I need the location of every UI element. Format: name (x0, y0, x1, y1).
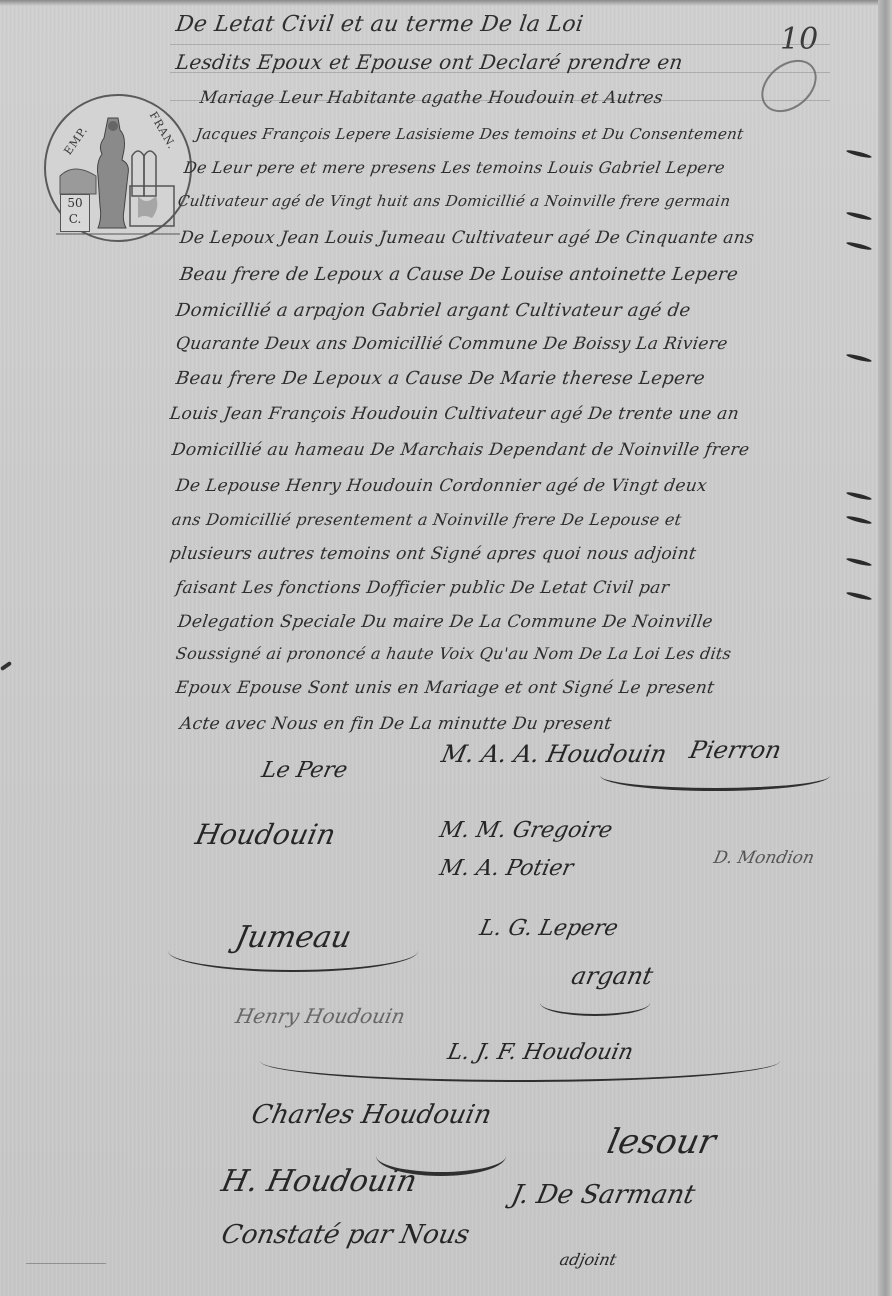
footer-dash (26, 1263, 106, 1264)
signature-lepere: Le Pere (259, 758, 349, 783)
body-line-20: Epoux Epouse Sont unis en Mariage et ont… (175, 678, 716, 698)
line-filler-dash (846, 515, 872, 525)
signature-adjoint-label: adjoint (558, 1250, 618, 1269)
line-filler-dash (846, 211, 872, 221)
body-line-10: Quarante Deux ans Domicillié Commune De … (175, 334, 729, 354)
body-line-14: De Lepouse Henry Houdouin Cordonnier agé… (175, 476, 709, 496)
signature-flourish (600, 760, 830, 791)
body-line-5: De Leur pere et mere presens Les temoins… (183, 158, 727, 177)
signature-henry-houdouin: Henry Houdouin (233, 1004, 407, 1028)
line-filler-dash (846, 591, 872, 601)
signature-flourish (260, 1040, 780, 1082)
body-line-21: Acte avec Nous en fin De La minutte Du p… (179, 714, 613, 734)
document-page: 10 EMP. FRAN. 50 C. De Letat Civil et au… (0, 0, 892, 1296)
margin-mark (0, 661, 12, 671)
body-line-6: Cultivateur agé de Vingt huit ans Domici… (177, 192, 732, 210)
body-line-15: ans Domicillié presentement a Noinville … (171, 510, 683, 529)
stamp-value: 50 (61, 195, 89, 211)
body-line-8: Beau frere de Lepoux a Cause De Louise a… (179, 264, 740, 285)
body-line-4: Jacques François Lepere Lasisieme Des te… (195, 125, 745, 143)
body-line-16: plusieurs autres temoins ont Signé apres… (169, 544, 698, 564)
signature-h-houdouin: H. Houdouin (218, 1164, 420, 1199)
body-line-18: Delegation Speciale Du maire De La Commu… (177, 612, 715, 632)
body-line-7: De Lepoux Jean Louis Jumeau Cultivateur … (179, 228, 756, 248)
line-filler-dash (846, 491, 872, 501)
line-filler-dash (846, 149, 872, 159)
body-line-9: Domicillié a arpajon Gabriel argant Cult… (175, 300, 692, 321)
body-line-11: Beau frere De Lepoux a Cause De Marie th… (175, 368, 707, 389)
folio-number: 10 (780, 22, 818, 57)
paraph-flourish-icon (751, 49, 827, 123)
signature-lg-lepere: L. G. Lepere (477, 916, 620, 941)
body-line-17: faisant Les fonctions Dofficier public D… (175, 578, 671, 598)
stamp-value-box: 50 C. (60, 194, 90, 232)
signature-flourish (168, 930, 418, 972)
signature-desarmant: J. De Sarmant (509, 1180, 698, 1210)
line-filler-dash (846, 241, 872, 251)
signature-argant: argant (569, 962, 656, 990)
stamp-unit: C. (61, 211, 89, 227)
signature-charles-houdouin: Charles Houdouin (249, 1100, 494, 1130)
body-line-2: Lesdits Epoux et Epouse ont Declaré pren… (174, 50, 684, 74)
body-line-3: Mariage Leur Habitante agathe Houdouin e… (199, 88, 665, 108)
page-top-shadow (0, 0, 892, 6)
signature-flourish (540, 990, 650, 1016)
page-binding-edge (878, 0, 892, 1296)
body-line-12: Louis Jean François Houdouin Cultivateur… (169, 404, 741, 424)
body-line-1: De Letat Civil et au terme De la Loi (174, 12, 585, 37)
body-line-13: Domicillié au hameau De Marchais Dependa… (171, 440, 751, 460)
body-line-19: Soussigné ai prononcé a haute Voix Qu'au… (175, 644, 733, 663)
signature-potier: M. A. Potier (437, 856, 575, 881)
ruled-line (170, 44, 830, 45)
tax-stamp: EMP. FRAN. 50 C. (44, 94, 192, 242)
signature-flourish (376, 1136, 506, 1176)
closing-constate: Constaté par Nous (219, 1220, 472, 1250)
signature-houdouin-1: Houdouin (192, 818, 338, 851)
signature-lesour: lesour (604, 1122, 720, 1162)
line-filler-dash (846, 557, 872, 567)
line-filler-dash (846, 353, 872, 363)
signature-mondion: D. Mondion (712, 848, 816, 868)
signature-gregoire: M. M. Gregoire (437, 818, 614, 843)
